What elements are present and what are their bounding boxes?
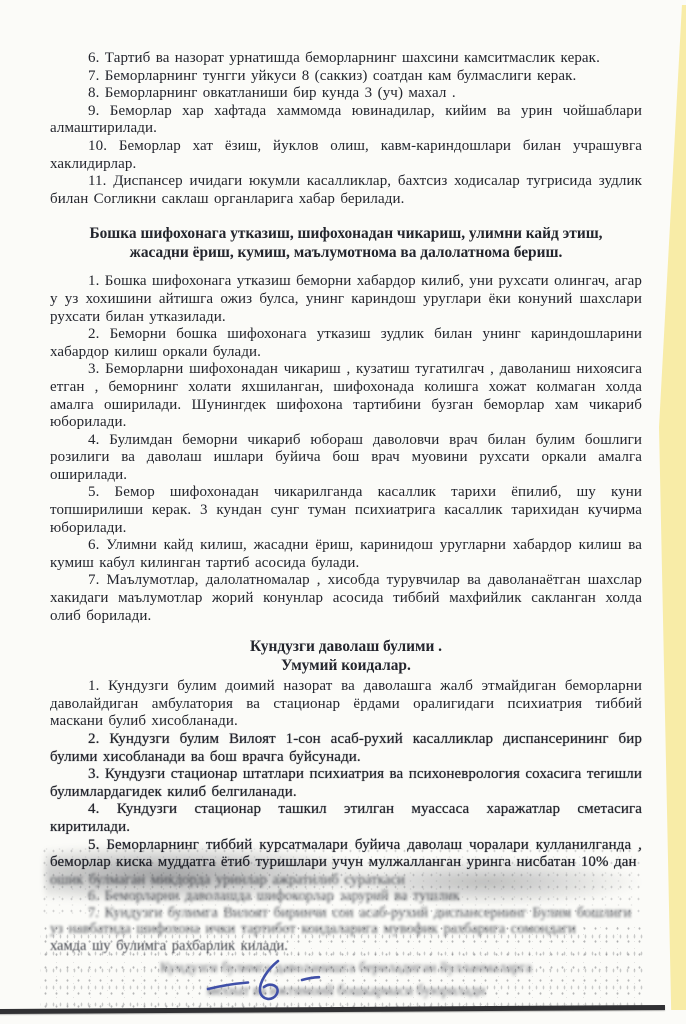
section-heading-transfer: Бошка шифохонага утказиш, шифохонадан чи… [58, 224, 634, 262]
section-subheading-general-rules: Умумий коидалар. [50, 656, 642, 675]
rule-item: 11. Диспансер ичидаги юкумли касалликлар… [50, 173, 642, 208]
paragraph: 1. Бошка шифохонага утказиш беморни хаба… [50, 273, 642, 326]
paragraph: 7. Маълумотлар, далолатномалар , хисобда… [50, 572, 642, 625]
paragraph: 2. Кундузги булим Вилоят 1-сон асаб-рухи… [50, 731, 642, 766]
paragraph: 5. Беморларнинг тиббий курсатмалари буйи… [50, 837, 642, 872]
illegible-line: уз навбатида шифохона ички тартибот коид… [50, 921, 642, 938]
illegible-line: ошик булмаган микдорда уринлар ажратилиб… [50, 872, 642, 889]
paragraph: 6. Улимни кайд килиш, жасадни ёриш, кари… [50, 537, 642, 572]
paragraph: 3. Беморларни шифохонадан чикариш , куза… [50, 361, 642, 431]
paragraph: 4. Булимдан беморни чикариб юбораш давол… [50, 432, 642, 485]
rule-item: 7. Беморларнинг тунгги уйкуси 8 (саккиз)… [50, 68, 642, 86]
illegible-centered-line: Кундузги булимга даволанишга бериладиган… [50, 960, 642, 977]
paragraph: 5. Бемор шифохонадан чикарилганда касалл… [50, 484, 642, 537]
scan-bottom-edge [0, 1005, 665, 1014]
illegible-centered-line: мехнат ва ижтимоий бошкармаси буюрилади [50, 983, 642, 1000]
rule-item: 8. Беморларнинг овкатланиши бир кунда 3 … [50, 85, 642, 103]
illegible-line: 7. Кундузги булимга Вилоят биринчи сон а… [50, 905, 642, 922]
rule-item: 9. Беморлар хар хафтада хаммомда ювинади… [50, 103, 642, 138]
document-text: 6. Тартиб ва назорат урнатишда беморларн… [50, 50, 642, 1000]
paragraph: 1. Кундузги булим доимий назорат ва даво… [50, 678, 642, 731]
paragraph: 2. Беморни бошка шифохонага утказиш зудл… [50, 326, 642, 361]
rule-item: 10. Беморлар хат ёзиш, йуклов олиш, кавм… [50, 138, 642, 173]
scanned-page: 6. Тартиб ва назорат урнатишда беморларн… [0, 0, 686, 1024]
section-heading-day-unit: Кундузги даволаш булими . [50, 637, 642, 656]
page-number-handwritten [202, 956, 342, 1008]
paragraph: 4. Кундузги стационар ташкил этилган муа… [50, 801, 642, 836]
backing-paper-edge [659, 5, 686, 1010]
paragraph: 3. Кундузги стационар штатлари психиатри… [50, 766, 642, 801]
rule-item: 6. Тартиб ва назорат урнатишда беморларн… [50, 50, 642, 68]
illegible-line-tail: хамда шу булимга рахбарлик килади. [50, 938, 642, 955]
illegible-line: 6. Беморларни даволашда шифокорлар зарур… [50, 888, 642, 905]
